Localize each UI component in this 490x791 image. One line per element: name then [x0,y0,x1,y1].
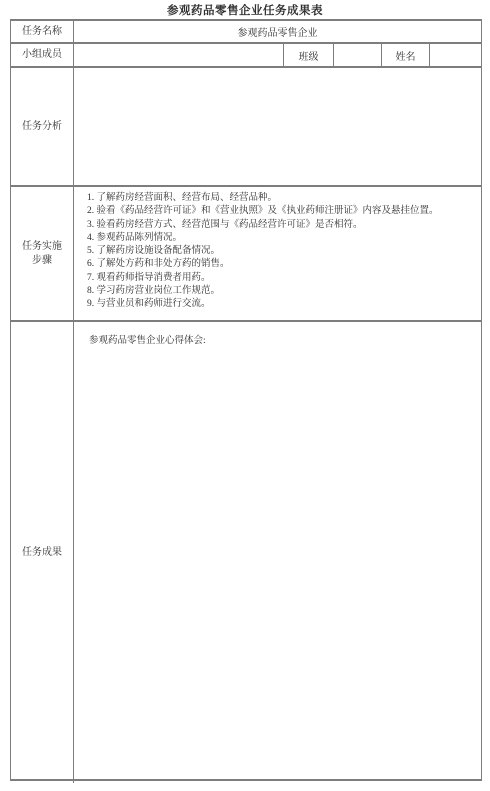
task-results-table: 任务名称 参观药品零售企业 小组成员 班级 姓名 任务分析 任务实施 步骤 1.… [10,19,482,781]
step-item: 1. 了解药房经营面积、经营布局、经营品种。 [87,192,473,205]
table-row-steps: 任务实施 步骤 1. 了解药房经营面积、经营布局、经营品种。 2. 验看《药品经… [11,187,481,322]
name-label: 姓名 [381,44,429,66]
steps-list: 1. 了解药房经营面积、经营布局、经营品种。 2. 验看《药品经营许可证》和《营… [73,187,481,320]
results-label: 任务成果 [11,322,73,783]
steps-label-line2: 步骤 [32,254,52,268]
members-value-field [73,44,283,66]
step-item: 7. 观看药师指导消费者用药。 [87,272,473,285]
page-title: 参观药品零售企业任务成果表 [0,2,490,18]
table-row-analysis: 任务分析 [11,68,481,187]
analysis-label: 任务分析 [11,68,73,185]
step-item: 5. 了解药房设施设备配备情况。 [87,245,473,258]
analysis-value-field [73,68,481,185]
step-item: 8. 学习药房营业岗位工作规范。 [87,285,473,298]
class-label: 班级 [283,44,333,66]
table-row-members: 小组成员 班级 姓名 [11,44,481,68]
steps-label: 任务实施 步骤 [11,187,73,320]
members-label: 小组成员 [11,44,73,66]
results-heading: 参观药品零售企业心得体会: [89,332,473,346]
step-item: 3. 验看药房经营方式、经营范围与《药品经营许可证》是否相符。 [87,219,473,232]
class-value-field [333,44,381,66]
results-area: 参观药品零售企业心得体会: [73,322,481,783]
step-item: 9. 与营业员和药师进行交流。 [87,298,473,311]
task-name-label: 任务名称 [11,21,73,42]
table-row-results: 任务成果 参观药品零售企业心得体会: [11,322,481,783]
step-item: 6. 了解处方药和非处方药的销售。 [87,258,473,271]
table-row-task-name: 任务名称 参观药品零售企业 [11,21,481,44]
task-name-value: 参观药品零售企业 [73,21,481,42]
step-item: 4. 参观药品陈列情况。 [87,232,473,245]
name-value-field [429,44,483,66]
step-item: 2. 验看《药品经营许可证》和《营业执照》及《执业药师注册证》内容及悬挂位置。 [87,205,473,218]
steps-label-line1: 任务实施 [22,240,62,254]
